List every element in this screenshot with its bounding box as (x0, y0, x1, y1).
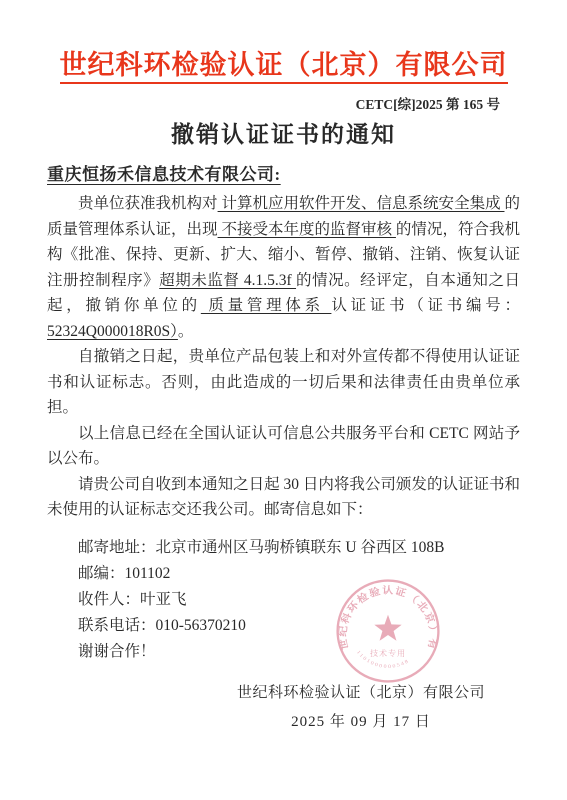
signature-company-name: 世纪科环检验认证（北京）有限公司 (237, 681, 485, 702)
notice-title: 撤销认证证书的通知 (47, 116, 520, 149)
letterhead: 世纪科环检验认证（北京）有限公司 (47, 50, 520, 84)
signature-block: 世纪科环检验认证（北京）有限公司 2025 年 09 月 17 日 (47, 681, 520, 731)
addressee-company: 重庆恒扬禾信息技术有限公司: (47, 160, 520, 185)
mailing-postcode: 邮编：101102 (78, 561, 520, 587)
document-page: 世纪科环检验认证（北京）有限公司 CETC[综]2025 第 165 号 撤销认… (0, 0, 567, 800)
mailing-address: 邮寄地址：北京市通州区马驹桥镇联东 U 谷西区 108B (78, 535, 520, 561)
signature-date: 2025 年 09 月 17 日 (237, 710, 485, 731)
paragraph-usage-prohibition: 自撤销之日起，贵单位产品包装上和对外宣传都不得使用认证证书和认证标志。否则，由此… (47, 344, 520, 421)
paragraph-revocation-reason: 贵单位获准我机构对 计算机应用软件开发、信息系统安全集成 的质量管理体系认证，出… (47, 191, 520, 344)
document-number: CETC[综]2025 第 165 号 (47, 93, 520, 113)
mailing-info-block: 邮寄地址：北京市通州区马驹桥镇联东 U 谷西区 108B 邮编：101102 收… (47, 535, 520, 665)
paragraph-return-request: 请贵公司自收到本通知之日起 30 日内将我公司颁发的认证证书和未使用的认证标志交… (47, 472, 520, 523)
thanks-line: 谢谢合作！ (78, 639, 520, 665)
mailing-recipient: 收件人：叶亚飞 (78, 587, 520, 613)
paragraph-publication-notice: 以上信息已经在全国认证认可信息公共服务平台和 CETC 网站予以公布。 (47, 421, 520, 472)
mailing-phone: 联系电话：010-56370210 (78, 613, 520, 639)
letterhead-company-title: 世纪科环检验认证（北京）有限公司 (60, 50, 508, 84)
